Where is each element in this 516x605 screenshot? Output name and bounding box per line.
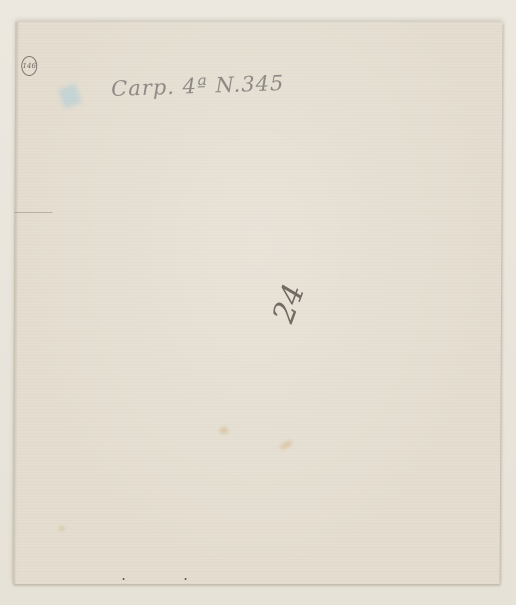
folio-number: 146 bbox=[21, 56, 37, 76]
pencil-number-annotation: 24 bbox=[266, 280, 312, 328]
foxing-stain bbox=[279, 439, 294, 451]
fold-crease bbox=[14, 212, 52, 213]
speck bbox=[185, 578, 187, 580]
shelfmark-annotation: Carp. 4ª N.345 bbox=[111, 71, 285, 101]
foxing-stain bbox=[219, 427, 228, 434]
blue-pencil-mark bbox=[58, 84, 82, 109]
paper-sheet: 146 Carp. 4ª N.345 24 bbox=[13, 22, 503, 584]
speck bbox=[123, 578, 125, 580]
foxing-stain bbox=[59, 526, 65, 531]
